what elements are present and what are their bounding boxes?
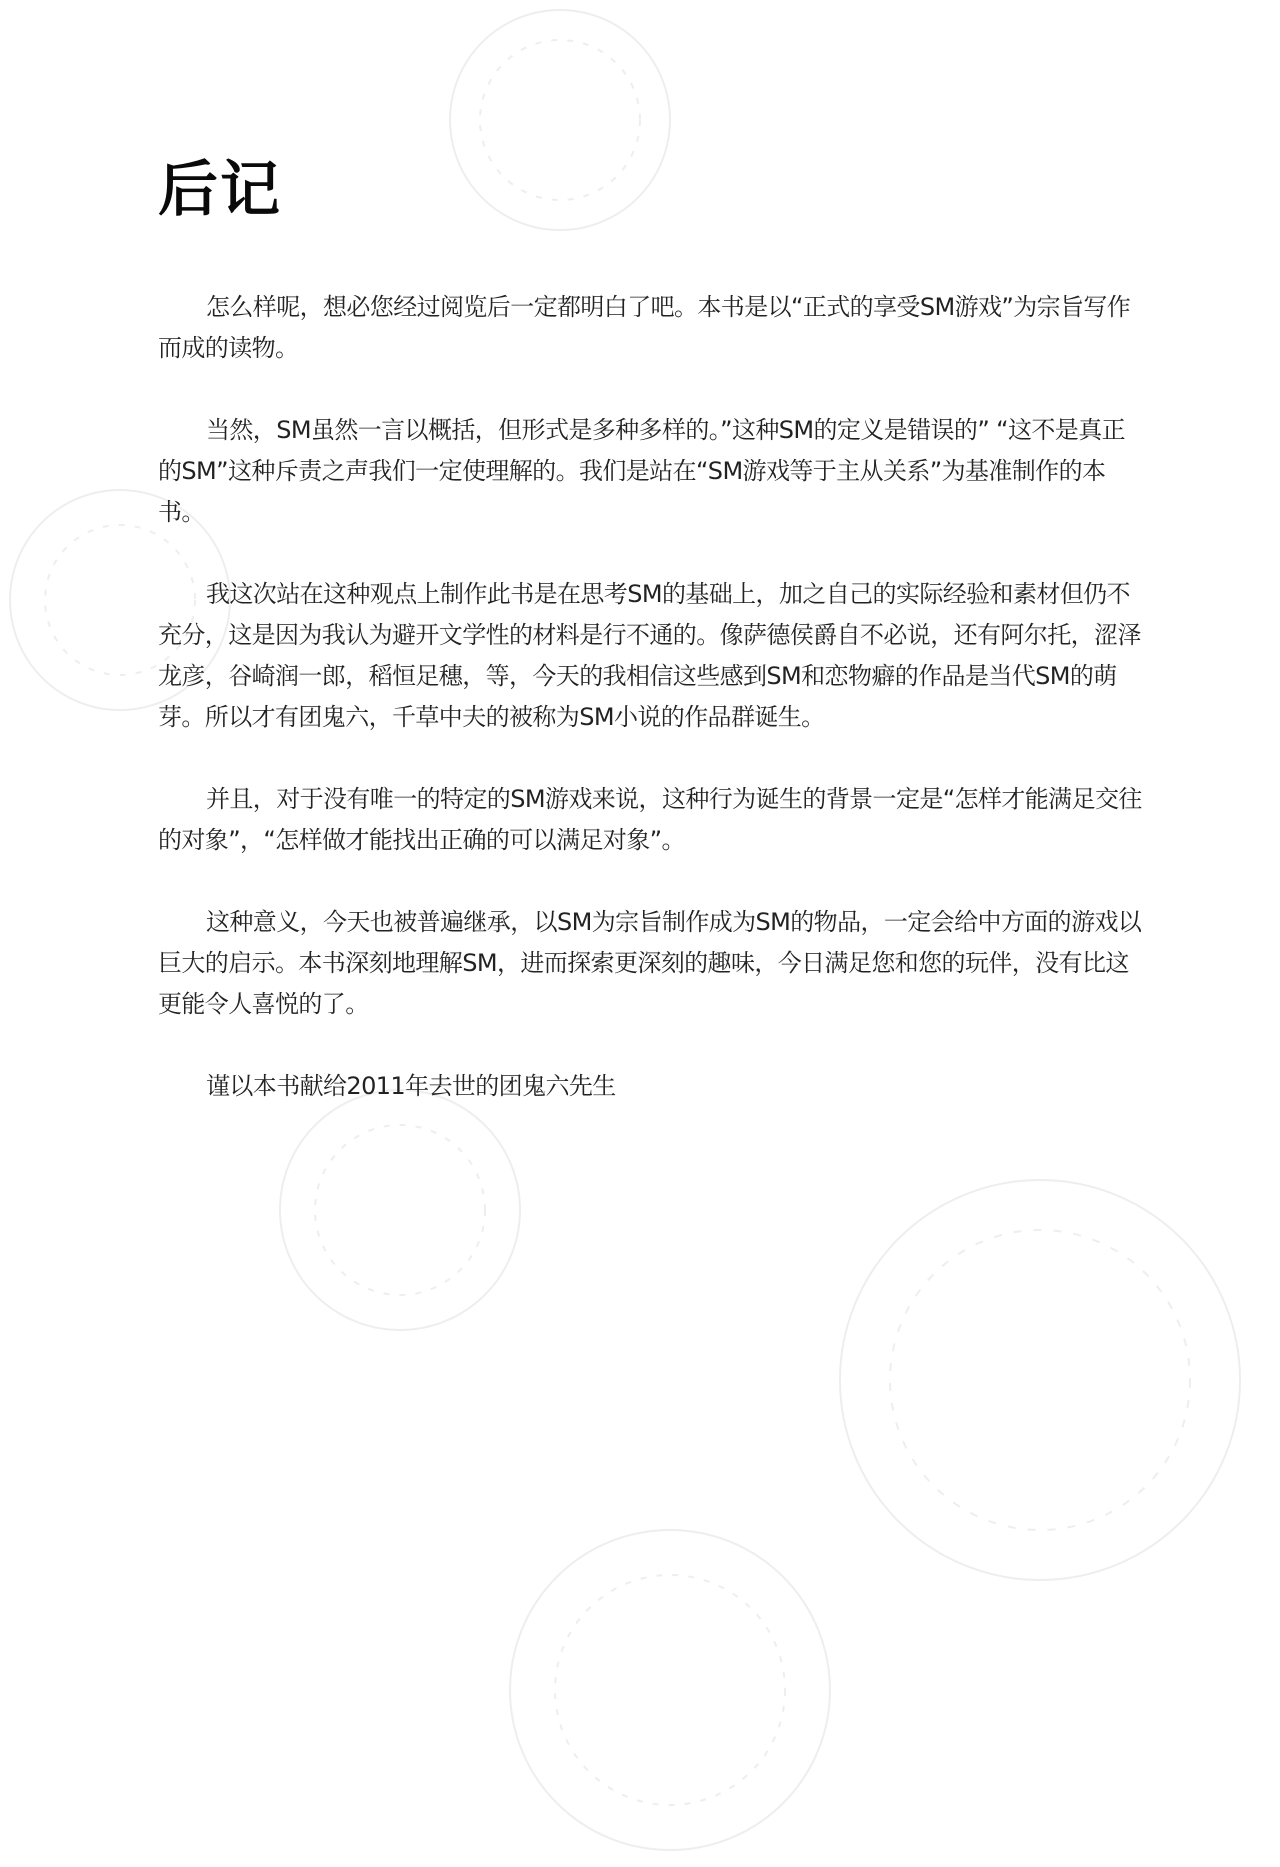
paragraph-2: 当然，SM虽然一言以概括，但形式是多种多样的。”这种SM的定义是错误的” “这不… bbox=[158, 410, 1148, 533]
paragraph-5: 这种意义，今天也被普遍继承，以SM为宗旨制作成为SM的物品，一定会给中方面的游戏… bbox=[158, 902, 1148, 1025]
body-text: 怎么样呢，想必您经过阅览后一定都明白了吧。本书是以“正式的享受SM游戏”为宗旨写… bbox=[158, 287, 1148, 1107]
paragraph-4: 并且，对于没有唯一的特定的SM游戏来说，这种行为诞生的背景一定是“怎样才能满足交… bbox=[158, 779, 1148, 861]
page-title: 后记 bbox=[158, 150, 1148, 230]
paragraph-3: 我这次站在这种观点上制作此书是在思考SM的基础上，加之自己的实际经验和素材但仍不… bbox=[158, 574, 1148, 738]
dedication: 谨以本书献给2011年去世的团鬼六先生 bbox=[158, 1066, 1148, 1107]
paragraph-1: 怎么样呢，想必您经过阅览后一定都明白了吧。本书是以“正式的享受SM游戏”为宗旨写… bbox=[158, 287, 1148, 369]
document-page: 后记 怎么样呢，想必您经过阅览后一定都明白了吧。本书是以“正式的享受SM游戏”为… bbox=[158, 150, 1148, 1148]
